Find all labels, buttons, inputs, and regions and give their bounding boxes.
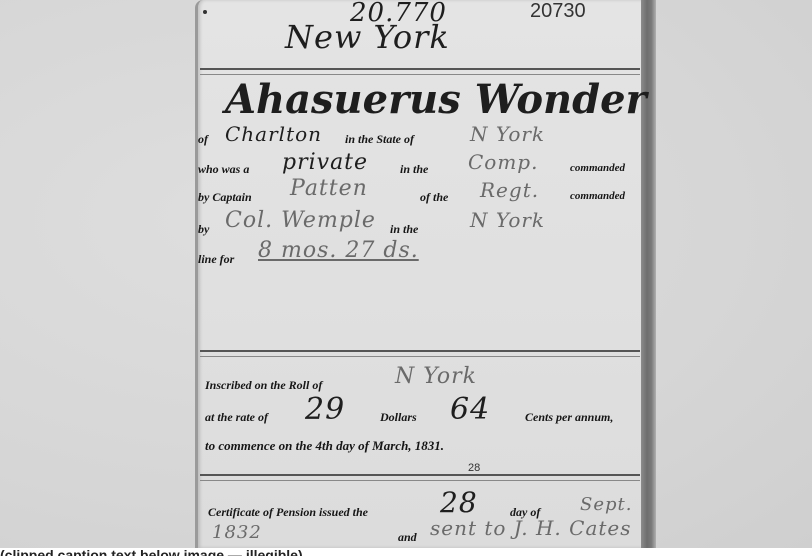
line5-prefix: line for (198, 252, 234, 267)
cents-label: Cents per annum, (525, 410, 613, 425)
line3-mid: of the (420, 190, 448, 205)
inscribed-value: N York (395, 364, 477, 389)
inscribed-label: Inscribed on the Roll of (205, 378, 322, 393)
dollars-label: Dollars (380, 410, 417, 425)
line4-colonel: Col. Wemple (225, 208, 376, 233)
line4-line: N York (470, 208, 545, 232)
issued-label: Certificate of Pension issued the (208, 505, 368, 520)
line5-service-length: 8 mos. 27 ds. (258, 238, 419, 263)
line2-unit: Comp. (468, 150, 538, 174)
dollars-value: 29 (305, 392, 345, 427)
caption-strip: (clipped caption text below image — ille… (0, 548, 812, 556)
cents-value: 64 (450, 392, 490, 427)
line3-regiment: Regt. (480, 178, 539, 202)
line1-prefix: of (198, 132, 208, 147)
header-rule (200, 68, 640, 75)
commence-text: to commence on the 4th day of March, 183… (205, 438, 444, 454)
ink-speck (203, 10, 207, 14)
line2-rank: private (282, 150, 368, 175)
soldier-name: Ahasuerus Wonder (225, 76, 647, 123)
marginal-note: 28 (468, 462, 480, 474)
roll-section-rule (200, 350, 640, 357)
line1-mid: in the State of (345, 132, 414, 147)
state-heading: New York (285, 18, 450, 56)
rate-label: at the rate of (205, 410, 268, 425)
line2-suffix: commanded (570, 162, 625, 174)
line4-mid: in the (390, 222, 418, 237)
issued-year: 1832 (212, 522, 262, 543)
line2-prefix: who was a (198, 162, 249, 177)
sent-to: sent to J. H. Cates (430, 516, 632, 540)
line4-prefix: by (198, 222, 209, 237)
line3-prefix: by Captain (198, 190, 252, 205)
line1-state: N York (470, 122, 545, 146)
line2-mid: in the (400, 162, 428, 177)
issued-day: 28 (440, 486, 478, 519)
file-number-stamped: 20730 (530, 0, 586, 23)
and-label: and (398, 530, 417, 545)
line3-captain: Patten (290, 176, 368, 201)
certificate-section-rule (200, 474, 640, 481)
line3-suffix: commanded (570, 190, 625, 202)
caption-text: (clipped caption text below image — ille… (0, 548, 812, 556)
issued-month: Sept. (580, 494, 632, 515)
line1-town: Charlton (225, 122, 322, 146)
